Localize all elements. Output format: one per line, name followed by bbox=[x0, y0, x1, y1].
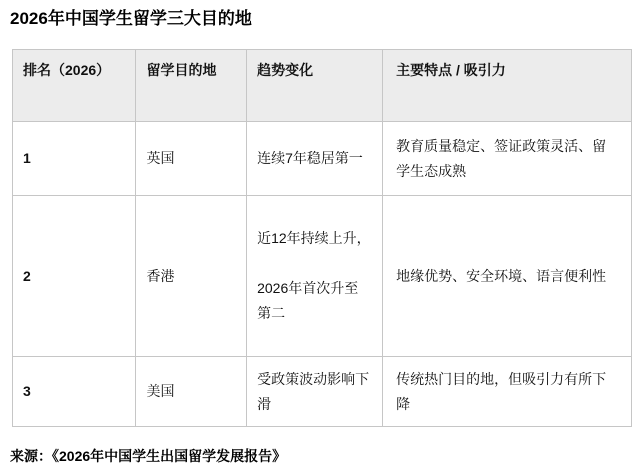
destination-cell: 美国 bbox=[136, 357, 247, 427]
source-note: 来源：《2026年中国学生出国留学发展报告》 bbox=[10, 448, 622, 465]
header-row: 排名（2026） 留学目的地 趋势变化 主要特点 / 吸引力 bbox=[13, 50, 632, 122]
features-cell: 地缘优势、安全环境、语言便利性 bbox=[383, 196, 632, 357]
trend-cell: 连续7年稳居第一 bbox=[247, 122, 383, 196]
page: 2026年中国学生留学三大目的地 排名（2026） 留学目的地 趋势变化 主要特… bbox=[0, 9, 632, 465]
table-row: 2 香港 近12年持续上升， 2026年首次升至第二 地缘优势、安全环境、语言便… bbox=[13, 196, 632, 357]
features-cell: 传统热门目的地，但吸引力有所下降 bbox=[383, 357, 632, 427]
destination-cell: 英国 bbox=[136, 122, 247, 196]
rank-cell: 1 bbox=[13, 122, 136, 196]
trend-cell: 近12年持续上升， 2026年首次升至第二 bbox=[247, 196, 383, 357]
features-cell: 教育质量稳定、签证政策灵活、留学生态成熟 bbox=[383, 122, 632, 196]
column-header-features: 主要特点 / 吸引力 bbox=[383, 50, 632, 122]
trend-paragraph: 2026年首次升至第二 bbox=[257, 276, 372, 326]
rank-cell: 3 bbox=[13, 357, 136, 427]
trend-paragraph: 连续7年稳居第一 bbox=[257, 146, 372, 171]
table-body: 1 英国 连续7年稳居第一 教育质量稳定、签证政策灵活、留学生态成熟 2 香港 … bbox=[13, 122, 632, 427]
table-row: 3 美国 受政策波动影响下滑 传统热门目的地，但吸引力有所下降 bbox=[13, 357, 632, 427]
column-header-trend: 趋势变化 bbox=[247, 50, 383, 122]
column-header-destination: 留学目的地 bbox=[136, 50, 247, 122]
trend-cell: 受政策波动影响下滑 bbox=[247, 357, 383, 427]
destinations-table: 排名（2026） 留学目的地 趋势变化 主要特点 / 吸引力 1 英国 连续7年… bbox=[12, 49, 632, 427]
column-header-rank: 排名（2026） bbox=[13, 50, 136, 122]
table-header: 排名（2026） 留学目的地 趋势变化 主要特点 / 吸引力 bbox=[13, 50, 632, 122]
rank-cell: 2 bbox=[13, 196, 136, 357]
table-row: 1 英国 连续7年稳居第一 教育质量稳定、签证政策灵活、留学生态成熟 bbox=[13, 122, 632, 196]
trend-paragraph: 近12年持续上升， bbox=[257, 226, 372, 251]
page-title: 2026年中国学生留学三大目的地 bbox=[10, 9, 622, 29]
destination-cell: 香港 bbox=[136, 196, 247, 357]
trend-paragraph: 受政策波动影响下滑 bbox=[257, 367, 372, 417]
